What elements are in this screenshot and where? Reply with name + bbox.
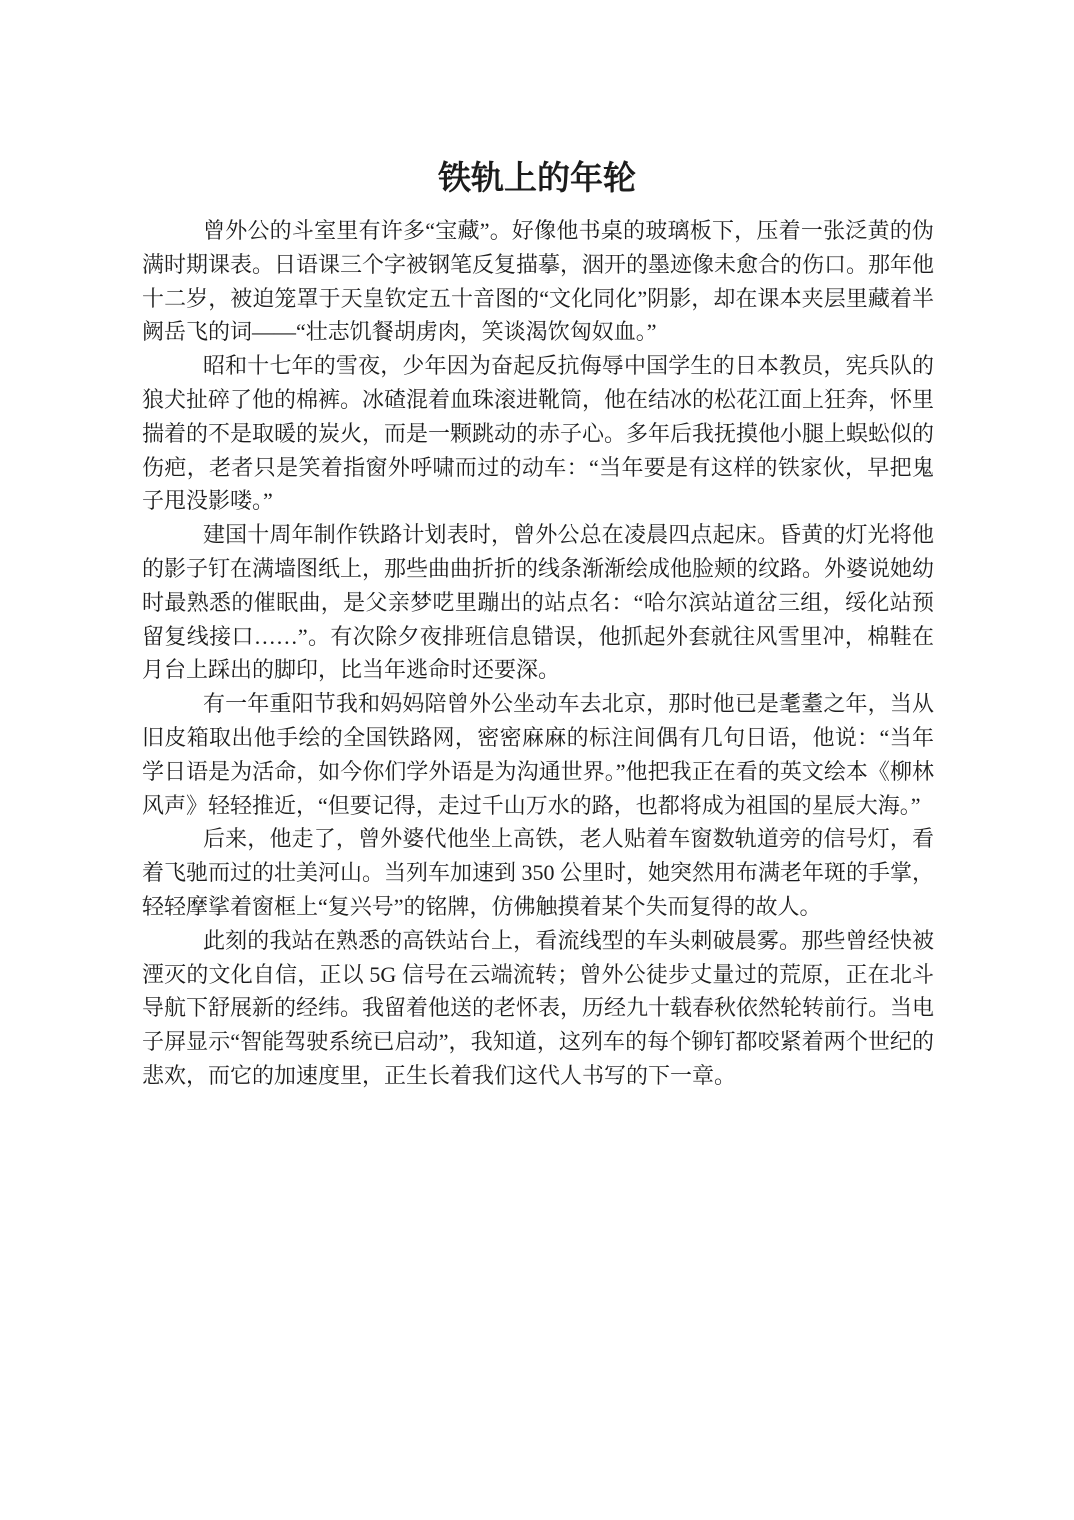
paragraph-2: 昭和十七年的雪夜，少年因为奋起反抗侮辱中国学生的日本教员，宪兵队的狼犬扯碎了他的… bbox=[142, 349, 934, 518]
paragraph-5: 后来，他走了，曾外婆代他坐上高铁，老人贴着车窗数轨道旁的信号灯，看着飞驰而过的壮… bbox=[142, 822, 934, 923]
paragraph-4: 有一年重阳节我和妈妈陪曾外公坐动车去北京，那时他已是耄耋之年，当从旧皮箱取出他手… bbox=[142, 687, 934, 822]
document-title: 铁轨上的年轮 bbox=[0, 155, 1074, 201]
document-page: 铁轨上的年轮 曾外公的斗室里有许多“宝藏”。好像他书桌的玻璃板下，压着一张泛黄的… bbox=[0, 0, 1074, 1520]
paragraph-1: 曾外公的斗室里有许多“宝藏”。好像他书桌的玻璃板下，压着一张泛黄的伪满时期课表。… bbox=[142, 214, 934, 349]
paragraph-3: 建国十周年制作铁路计划表时，曾外公总在凌晨四点起床。昏黄的灯光将他的影子钉在满墙… bbox=[142, 518, 934, 687]
document-body: 曾外公的斗室里有许多“宝藏”。好像他书桌的玻璃板下，压着一张泛黄的伪满时期课表。… bbox=[142, 214, 934, 1093]
paragraph-6: 此刻的我站在熟悉的高铁站台上，看流线型的车头刺破晨雾。那些曾经快被湮灭的文化自信… bbox=[142, 924, 934, 1093]
